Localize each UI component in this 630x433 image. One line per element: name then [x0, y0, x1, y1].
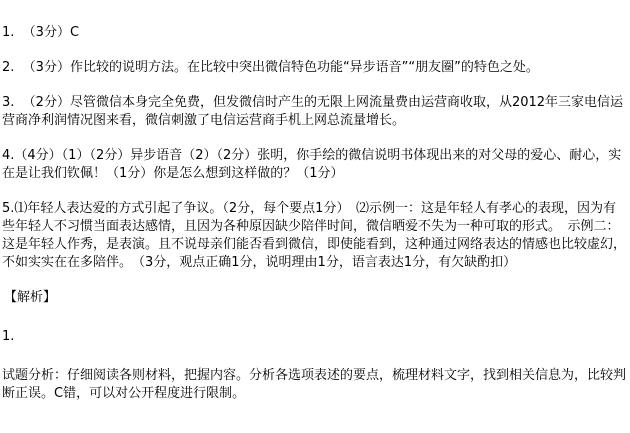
analysis-item-number: 1. [2, 328, 628, 346]
answer-item-4: 4.（4分）（1）（2分）异步语音（2）（2分）张明，你手绘的微信说明书体现出来… [2, 147, 628, 183]
answer-item-1: 1. （3分）C [2, 24, 628, 42]
answer-item-2: 2. （3分）作比较的说明方法。在比较中突出微信特色功能“异步语音”“朋友圈”的… [2, 59, 628, 77]
answer-item-3: 3. （2分）尽管微信本身完全免费，但发微信时产生的无限上网流量费由运营商收取，… [2, 94, 628, 130]
document-page: 1. （3分）C 2. （3分）作比较的说明方法。在比较中突出微信特色功能“异步… [0, 0, 630, 433]
analysis-section-header: 【解析】 [4, 289, 628, 307]
analysis-paragraph: 试题分析：仔细阅读各则材料，把握内容。分析各选项表述的要点，梳理材料文字，找到相… [2, 367, 628, 403]
answer-item-5: 5.⑴年轻人表达爱的方式引起了争议。（2分，每个要点1分） ⑵示例一：这是年轻人… [2, 200, 628, 272]
